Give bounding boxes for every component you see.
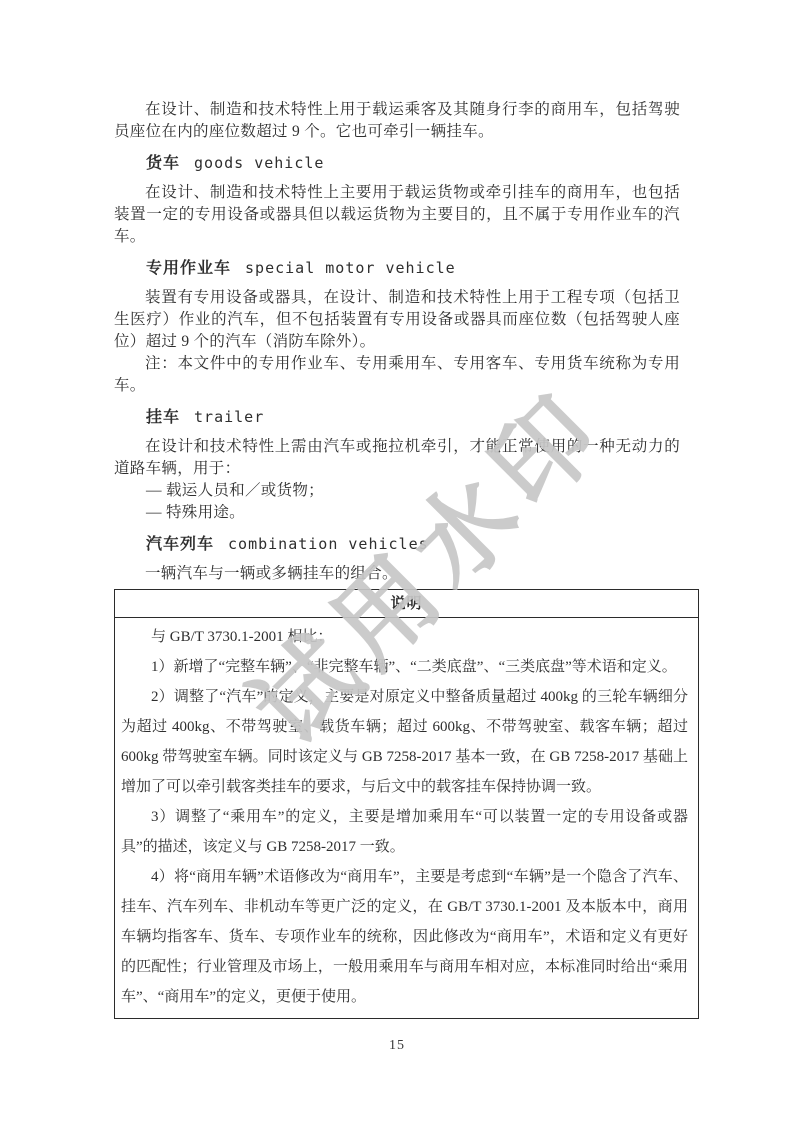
list-item: — 特殊用途。 — [146, 502, 704, 524]
explanation-intro: 与 GB/T 3730.1-2001 相比： — [121, 622, 688, 652]
explanation-box: 说明 与 GB/T 3730.1-2001 相比： 1）新增了“完整车辆”、“非… — [114, 589, 699, 1019]
explanation-item-2: 2）调整了“汽车”的定义，主要是对原定义中整备质量超过 400kg 的三轮车辆细… — [121, 682, 688, 802]
term-heading-special-motor-vehicle: 专用作业车special motor vehicle — [114, 257, 704, 280]
term-note-special-motor-vehicle: 注：本文件中的专用作业车、专用乘用车、专用客车、专用货车统称为专用车。 — [114, 353, 680, 397]
term-zh-label: 汽车列车 — [146, 536, 214, 553]
term-zh-label: 专用作业车 — [146, 260, 231, 277]
term-definition-special-motor-vehicle: 装置有专用设备或器具，在设计、制造和技术特性上用于工程专项（包括卫生医疗）作业的… — [114, 287, 680, 353]
intro-paragraph: 在设计、制造和技术特性上用于载运乘客及其随身行李的商用车，包括驾驶员座位在内的座… — [114, 99, 680, 143]
term-definition-combination-vehicles: 一辆汽车与一辆或多辆挂车的组合。 — [114, 563, 680, 585]
term-definition-trailer: 在设计和技术特性上需由汽车或拖拉机牵引，才能正常使用的一种无动力的道路车辆，用于… — [114, 436, 680, 480]
term-zh-label: 货车 — [146, 155, 180, 172]
trailer-usage-list: — 载运人员和／或货物； — 特殊用途。 — [114, 480, 704, 524]
explanation-box-body: 与 GB/T 3730.1-2001 相比： 1）新增了“完整车辆”、“非完整车… — [115, 618, 698, 1018]
document-content: 在设计、制造和技术特性上用于载运乘客及其随身行李的商用车，包括驾驶员座位在内的座… — [114, 99, 704, 1019]
term-en-label: trailer — [194, 408, 264, 426]
explanation-item-4: 4）将“商用车辆”术语修改为“商用车”，主要是考虑到“车辆”是一个隐含了汽车、挂… — [121, 862, 688, 1012]
term-zh-label: 挂车 — [146, 409, 180, 426]
term-en-label: combination vehicles — [228, 535, 429, 553]
term-definition-goods-vehicle: 在设计、制造和技术特性上主要用于载运货物或牵引挂车的商用车，也包括装置一定的专用… — [114, 182, 680, 248]
document-page: 在设计、制造和技术特性上用于载运乘客及其随身行李的商用车，包括驾驶员座位在内的座… — [0, 0, 794, 1123]
page-number: 15 — [0, 1038, 794, 1054]
list-item: — 载运人员和／或货物； — [146, 480, 704, 502]
term-en-label: goods vehicle — [194, 154, 324, 172]
term-heading-combination-vehicles: 汽车列车combination vehicles — [114, 533, 704, 556]
term-heading-goods-vehicle: 货车goods vehicle — [114, 152, 704, 175]
term-heading-trailer: 挂车trailer — [114, 406, 704, 429]
explanation-box-title: 说明 — [115, 590, 698, 618]
explanation-item-3: 3）调整了“乘用车”的定义，主要是增加乘用车“可以装置一定的专用设备或器具”的描… — [121, 802, 688, 862]
term-en-label: special motor vehicle — [245, 259, 456, 277]
explanation-item-1: 1）新增了“完整车辆”、“非完整车辆”、“二类底盘”、“三类底盘”等术语和定义。 — [121, 652, 688, 682]
